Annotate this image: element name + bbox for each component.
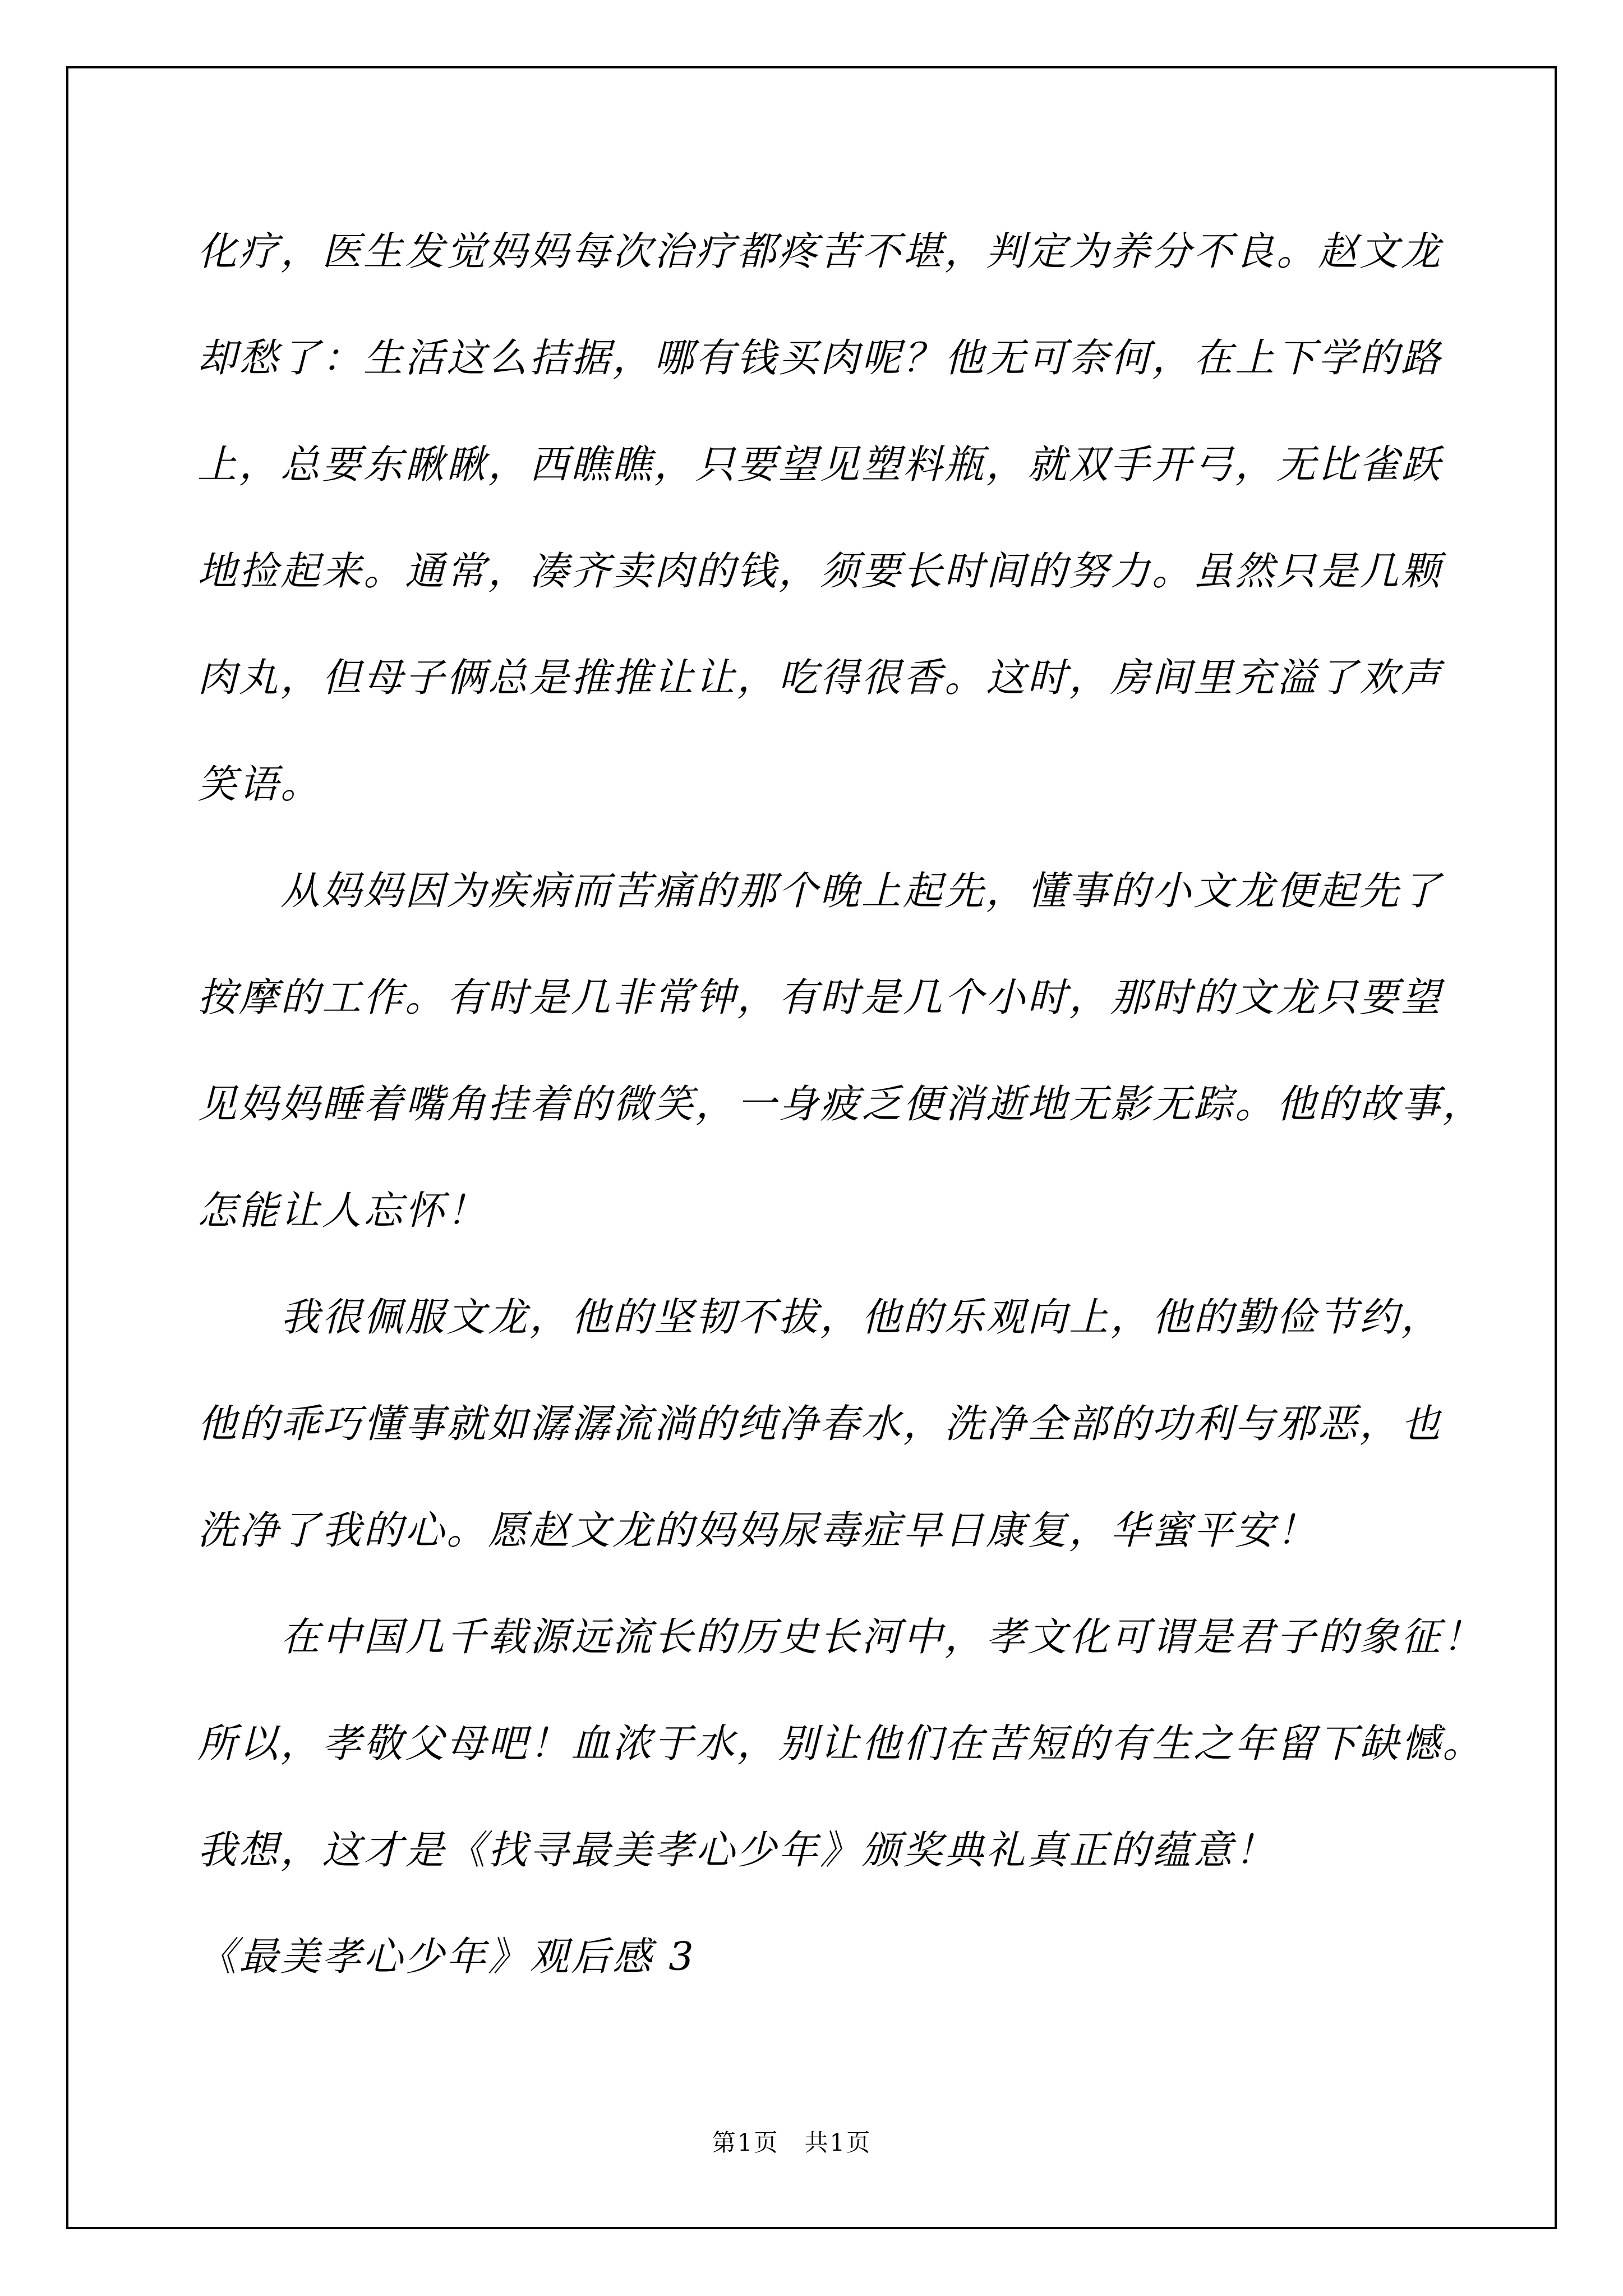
text-line: 我很佩服文龙，他的坚韧不拔，他的乐观向上，他的勤俭节约， (197, 1264, 1454, 1370)
text-line: 怎能让人忘怀！ (197, 1157, 1454, 1264)
text-line: 却愁了：生活这么拮据，哪有钱买肉呢？他无可奈何，在上下学的路 (197, 305, 1454, 411)
text-body: 化疗，医生发觉妈妈每次治疗都疼苦不堪，判定为养分不良。赵文龙却愁了：生活这么拮据… (197, 198, 1454, 2010)
text-line: 见妈妈睡着嘴角挂着的微笑，一身疲乏便消逝地无影无踪。他的故事， (197, 1051, 1454, 1157)
text-line: 从妈妈因为疾病而苦痛的那个晚上起先，懂事的小文龙便起先了 (197, 838, 1454, 944)
text-line: 我想，这才是《找寻最美孝心少年》颁奖典礼真正的蕴意！ (197, 1797, 1454, 1903)
text-line: 化疗，医生发觉妈妈每次治疗都疼苦不堪，判定为养分不良。赵文龙 (197, 198, 1454, 305)
page-indicator: 第1页 共1页 (712, 2129, 872, 2156)
text-line: 《最美孝心少年》观后感 3 (197, 1903, 1454, 2010)
text-line: 按摩的工作。有时是几非常钟，有时是几个小时，那时的文龙只要望 (197, 944, 1454, 1051)
page-footer: 第1页 共1页 (0, 2126, 1584, 2160)
document-page: 化疗，医生发觉妈妈每次治疗都疼苦不堪，判定为养分不良。赵文龙却愁了：生活这么拮据… (0, 0, 1623, 2296)
text-line: 他的乖巧懂事就如潺潺流淌的纯净春水，洗净全部的功利与邪恶，也 (197, 1370, 1454, 1477)
text-line: 所以，孝敬父母吧！血浓于水，别让他们在苦短的有生之年留下缺憾。 (197, 1690, 1454, 1797)
text-line: 肉丸，但母子俩总是推推让让，吃得很香。这时，房间里充溢了欢声 (197, 624, 1454, 731)
text-line: 上，总要东瞅瞅，西瞧瞧，只要望见塑料瓶，就双手开弓，无比雀跃 (197, 411, 1454, 518)
text-line: 地捡起来。通常，凑齐卖肉的钱，须要长时间的努力。虽然只是几颗 (197, 518, 1454, 624)
text-line: 洗净了我的心。愿赵文龙的妈妈尿毒症早日康复，华蜜平安！ (197, 1477, 1454, 1584)
text-line: 在中国几千载源远流长的历史长河中，孝文化可谓是君子的象征！ (197, 1584, 1454, 1690)
text-line: 笑语。 (197, 731, 1454, 838)
